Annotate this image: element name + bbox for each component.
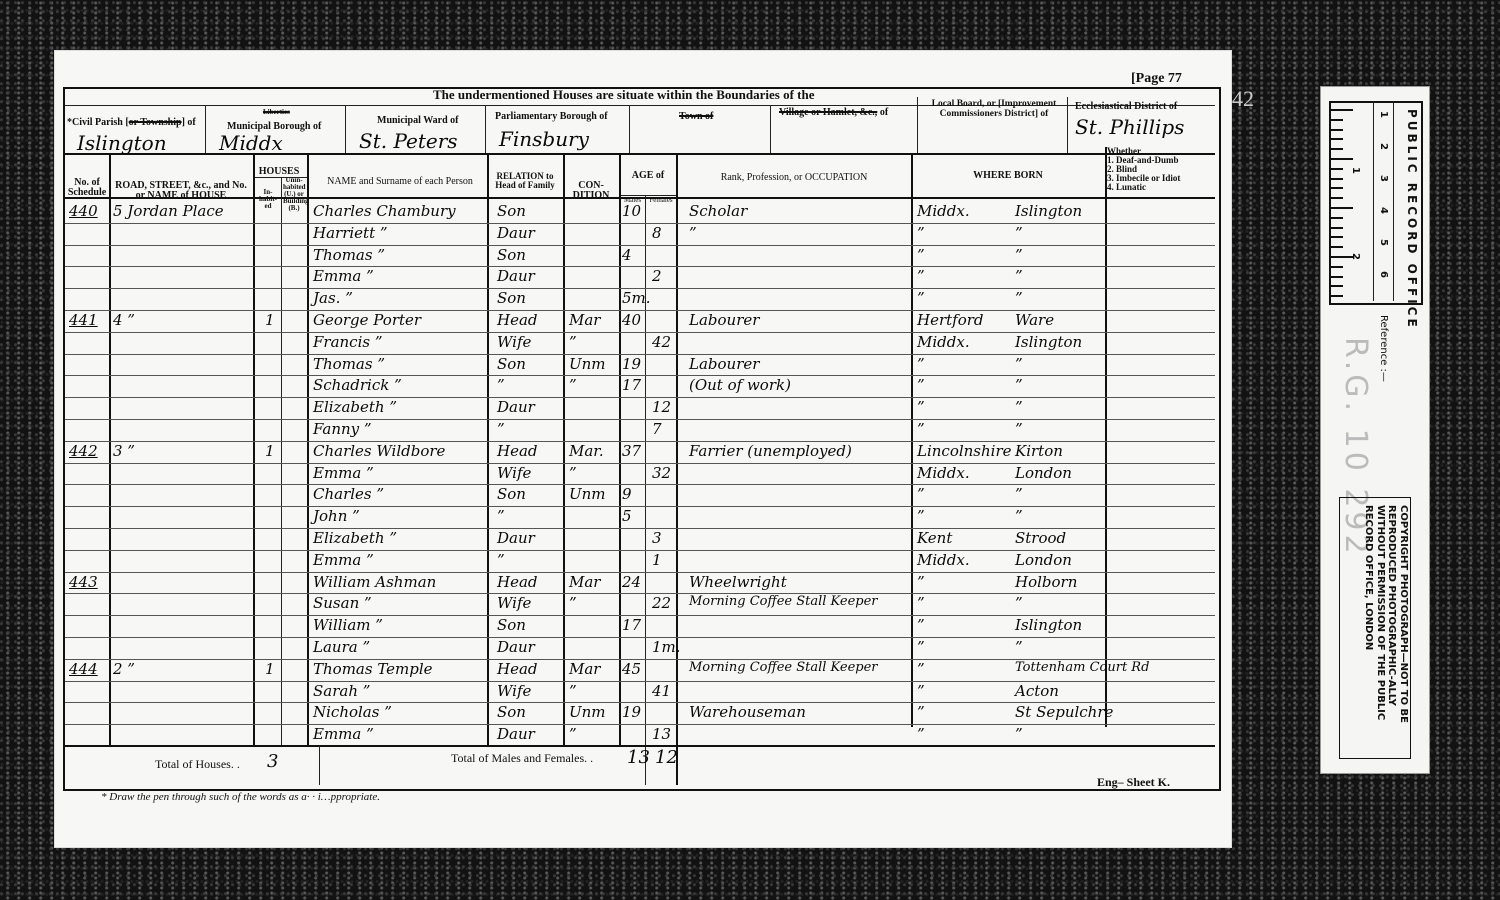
occupation-cell: Morning Coffee Stall Keeper xyxy=(689,594,878,609)
condition-cell: ” xyxy=(569,682,577,700)
name-cell: Thomas Temple xyxy=(313,660,433,678)
relation-cell: ” xyxy=(497,551,505,569)
born-county-cell: Middx. xyxy=(917,464,970,482)
total-males: 13 xyxy=(627,747,650,768)
male-age-cell: 5 xyxy=(622,507,632,525)
occupation-cell: Labourer xyxy=(689,355,759,373)
ruler-cm-label: 4 xyxy=(1378,207,1389,214)
road-cell: 2 ” xyxy=(113,660,135,678)
female-age-cell: 8 xyxy=(652,224,662,242)
ruler-tick xyxy=(1331,295,1343,297)
row-rule xyxy=(65,506,1215,507)
col-occupation: Rank, Profession, or OCCUPATION xyxy=(679,173,909,183)
male-age-cell: 10 xyxy=(622,202,641,220)
total-females: 12 xyxy=(655,747,678,768)
relation-cell: Head xyxy=(497,660,538,678)
col-uninhabited: Unin-habited (U.) or Building (B.) xyxy=(283,177,305,212)
female-age-cell: 2 xyxy=(652,267,662,285)
ecclesiastical-district-value: St. Phillips xyxy=(1075,115,1184,139)
row-rule xyxy=(65,397,1215,398)
condition-cell: Unm xyxy=(569,485,606,503)
name-cell: Emma ” xyxy=(313,725,374,743)
born-county-cell: ” xyxy=(917,355,925,373)
name-cell: Laura ” xyxy=(313,638,370,656)
schedule-cell: 441 xyxy=(69,311,98,329)
condition-cell: Mar xyxy=(569,311,600,329)
name-cell: Charles ” xyxy=(313,485,384,503)
male-age-cell: 9 xyxy=(622,485,632,503)
born-county-cell: ” xyxy=(917,660,925,678)
name-cell: John ” xyxy=(313,507,360,525)
inhabited-cell: 1 xyxy=(265,311,275,329)
born-place-cell: Strood xyxy=(1015,529,1066,547)
footnote: * Draw the pen through such of the words… xyxy=(101,791,380,803)
relation-cell: Daur xyxy=(497,224,535,242)
relation-cell: Wife xyxy=(497,333,531,351)
born-place-cell: St Sepulchre xyxy=(1015,703,1113,721)
name-cell: Elizabeth ” xyxy=(313,398,397,416)
female-age-cell: 1m. xyxy=(652,638,681,656)
relation-cell: Son xyxy=(497,246,526,264)
corner-mark: 42 xyxy=(1232,86,1254,112)
born-place-cell: London xyxy=(1015,464,1072,482)
ruler-tick xyxy=(1331,276,1343,278)
male-age-cell: 24 xyxy=(622,573,641,591)
col-where-born: WHERE BORN xyxy=(913,171,1103,181)
page-number: [Page 77 xyxy=(1131,71,1182,87)
ruler-tick xyxy=(1331,236,1343,238)
relation-cell: Head xyxy=(497,311,538,329)
born-place-cell: Islington xyxy=(1015,616,1082,634)
relation-cell: Wife xyxy=(497,594,531,612)
born-place-cell: London xyxy=(1015,551,1072,569)
name-cell: Francis ” xyxy=(313,333,383,351)
road-cell: 4 ” xyxy=(113,311,135,329)
born-place-cell: ” xyxy=(1015,507,1023,525)
condition-cell: ” xyxy=(569,333,577,351)
road-cell: 3 ” xyxy=(113,442,135,460)
col-age: AGE of xyxy=(621,171,675,181)
born-place-cell: ” xyxy=(1015,376,1023,394)
occupation-cell: Scholar xyxy=(689,202,747,220)
ruler-cm-label: 6 xyxy=(1378,271,1389,278)
ruler-inch-label: 1 xyxy=(1350,167,1361,174)
name-cell: Susan ” xyxy=(313,594,372,612)
name-cell: George Porter xyxy=(313,311,421,329)
local-board-label: Local Board, or [Improvement Commissione… xyxy=(921,99,1067,119)
female-age-cell: 13 xyxy=(652,725,671,743)
col-relation: RELATION to Head of Family xyxy=(489,172,561,190)
name-cell: Emma ” xyxy=(313,267,374,285)
male-age-cell: 19 xyxy=(622,355,641,373)
ruler-tick xyxy=(1331,158,1353,160)
parliamentary-borough-label: Parliamentary Borough of xyxy=(495,111,608,122)
copyright-notice: COPYRIGHT PHOTOGRAPH—NOT TO BE REPRODUCE… xyxy=(1363,505,1409,753)
row-rule xyxy=(65,245,1215,246)
born-county-cell: ” xyxy=(917,267,925,285)
inhabited-cell: 1 xyxy=(265,442,275,460)
born-place-cell: Acton xyxy=(1015,682,1059,700)
col-inhabited: In-habit-ed xyxy=(257,189,279,210)
name-cell: Thomas ” xyxy=(313,355,385,373)
occupation-cell: Labourer xyxy=(689,311,759,329)
relation-cell: Son xyxy=(497,289,526,307)
female-age-cell: 32 xyxy=(652,464,671,482)
born-county-cell: ” xyxy=(917,594,925,612)
ruler-cm-label: 1 xyxy=(1378,111,1389,118)
relation-cell: Son xyxy=(497,616,526,634)
village-label: Village or Hamlet, &c., of xyxy=(779,107,888,118)
row-rule xyxy=(65,593,1215,594)
schedule-cell: 443 xyxy=(69,573,98,591)
born-place-cell: ” xyxy=(1015,267,1023,285)
male-age-cell: 45 xyxy=(622,660,641,678)
condition-cell: Unm xyxy=(569,355,606,373)
row-rule xyxy=(65,637,1215,638)
civil-parish-label: *Civil Parish [or Township] of xyxy=(67,117,196,128)
condition-cell: ” xyxy=(569,725,577,743)
col-infirmity: Whether 1. Deaf-and-Dumb 2. Blind 3. Imb… xyxy=(1107,147,1215,192)
name-cell: William ” xyxy=(313,616,383,634)
female-age-cell: 41 xyxy=(652,682,671,700)
condition-cell: ” xyxy=(569,594,577,612)
civil-parish-value: Islington xyxy=(77,131,167,155)
relation-cell: Wife xyxy=(497,682,531,700)
name-cell: Charles Chambury xyxy=(313,202,456,220)
born-county-cell: ” xyxy=(917,246,925,264)
name-cell: Harriett ” xyxy=(313,224,388,242)
name-cell: Schadrick ” xyxy=(313,376,402,394)
relation-cell: Wife xyxy=(497,464,531,482)
row-rule xyxy=(65,266,1215,267)
female-age-cell: 42 xyxy=(652,333,671,351)
page-title: The undermentioned Houses are situate wi… xyxy=(433,87,814,103)
ruler-tick xyxy=(1331,207,1353,209)
municipal-borough-struck: Liberties xyxy=(263,108,290,116)
relation-cell: Daur xyxy=(497,638,535,656)
name-cell: Emma ” xyxy=(313,551,374,569)
born-county-cell: ” xyxy=(917,485,925,503)
condition-cell: Mar xyxy=(569,573,600,591)
archive-strip: PUBLIC RECORD OFFICE 12345612 Reference … xyxy=(1320,86,1430,774)
sheet-label: Eng– Sheet K. xyxy=(1097,775,1170,790)
ruler-cm-label: 2 xyxy=(1378,143,1389,150)
female-age-cell: 7 xyxy=(652,420,662,438)
ruler-tick xyxy=(1331,168,1343,170)
female-age-cell: 3 xyxy=(652,529,662,547)
born-county-cell: ” xyxy=(917,638,925,656)
born-county-cell: Middx. xyxy=(917,333,970,351)
ruler-tick xyxy=(1331,285,1343,287)
relation-cell: Son xyxy=(497,703,526,721)
relation-cell: Son xyxy=(497,485,526,503)
relation-cell: Head xyxy=(497,573,538,591)
ruler-tick xyxy=(1331,138,1343,140)
row-rule xyxy=(65,724,1215,725)
born-place-cell: ” xyxy=(1015,224,1023,242)
name-cell: Thomas ” xyxy=(313,246,385,264)
male-age-cell: 40 xyxy=(622,311,641,329)
born-county-cell: ” xyxy=(917,703,925,721)
ruler-tick xyxy=(1331,227,1343,229)
condition-cell: ” xyxy=(569,376,577,394)
relation-cell: Son xyxy=(497,355,526,373)
born-county-cell: ” xyxy=(917,682,925,700)
col-females: Females xyxy=(647,197,675,204)
parliamentary-borough-value: Finsbury xyxy=(499,127,589,151)
male-age-cell: 17 xyxy=(622,376,641,394)
born-county-cell: ” xyxy=(917,398,925,416)
relation-cell: Head xyxy=(497,442,538,460)
born-place-cell: Kirton xyxy=(1015,442,1063,460)
total-houses-label: Total of Houses. . xyxy=(155,757,240,772)
relation-cell: ” xyxy=(497,507,505,525)
born-county-cell: ” xyxy=(917,420,925,438)
name-cell: Elizabeth ” xyxy=(313,529,397,547)
ruler-tick xyxy=(1331,187,1343,189)
male-age-cell: 17 xyxy=(622,616,641,634)
born-place-cell: ” xyxy=(1015,725,1023,743)
ruler-tick xyxy=(1331,119,1343,121)
born-place-cell: Islington xyxy=(1015,333,1082,351)
born-county-cell: Middx. xyxy=(917,202,970,220)
born-county-cell: ” xyxy=(917,376,925,394)
born-place-cell: ” xyxy=(1015,289,1023,307)
born-county-cell: ” xyxy=(917,725,925,743)
name-cell: William Ashman xyxy=(313,573,436,591)
born-county-cell: Kent xyxy=(917,529,952,547)
relation-cell: Daur xyxy=(497,725,535,743)
municipal-ward-label: Municipal Ward of xyxy=(377,115,459,126)
condition-cell: Mar xyxy=(569,660,600,678)
pro-header: PUBLIC RECORD OFFICE xyxy=(1405,109,1419,330)
row-rule xyxy=(65,223,1215,224)
occupation-cell: Warehouseman xyxy=(689,703,806,721)
condition-cell: Unm xyxy=(569,703,606,721)
occupation-cell: (Out of work) xyxy=(689,376,791,394)
row-rule xyxy=(65,419,1215,420)
col-road: ROAD, STREET, &c., and No. or NAME of HO… xyxy=(111,181,251,201)
occupation-cell: Wheelwright xyxy=(689,573,787,591)
name-cell: Fanny ” xyxy=(313,420,372,438)
col-schedule: No. of Schedule xyxy=(67,178,107,198)
relation-cell: ” xyxy=(497,376,505,394)
ruler-cm-label: 5 xyxy=(1378,239,1389,246)
schedule-cell: 444 xyxy=(69,660,98,678)
municipal-ward-value: St. Peters xyxy=(359,129,458,153)
inhabited-cell: 1 xyxy=(265,660,275,678)
relation-cell: Daur xyxy=(497,267,535,285)
name-cell: Sarah ” xyxy=(313,682,370,700)
born-place-cell: ” xyxy=(1015,355,1023,373)
row-rule xyxy=(65,484,1215,485)
ruler-tick xyxy=(1331,197,1343,199)
born-county-cell: Middx. xyxy=(917,551,970,569)
name-cell: Nicholas ” xyxy=(313,703,392,721)
male-age-cell: 19 xyxy=(622,703,641,721)
col-condition: CON-DITION xyxy=(565,181,617,201)
ruler-tick xyxy=(1331,246,1343,248)
born-place-cell: ” xyxy=(1015,398,1023,416)
name-cell: Emma ” xyxy=(313,464,374,482)
col-name: NAME and Surname of each Person xyxy=(315,177,485,187)
condition-cell: Mar. xyxy=(569,442,604,460)
born-county-cell: ” xyxy=(917,224,925,242)
born-county-cell: ” xyxy=(917,289,925,307)
born-county-cell: ” xyxy=(917,616,925,634)
road-cell: 5 Jordan Place xyxy=(113,202,224,220)
total-persons-label: Total of Males and Females. . xyxy=(451,751,593,766)
reference-label: Reference :— xyxy=(1378,315,1389,382)
ruler-inch-label: 2 xyxy=(1350,253,1361,260)
female-age-cell: 12 xyxy=(652,398,671,416)
relation-cell: Son xyxy=(497,202,526,220)
relation-cell: ” xyxy=(497,420,505,438)
born-place-cell: ” xyxy=(1015,420,1023,438)
occupation-cell: Morning Coffee Stall Keeper xyxy=(689,660,878,675)
occupation-cell: ” xyxy=(689,224,697,242)
relation-cell: Daur xyxy=(497,398,535,416)
total-houses-value: 3 xyxy=(267,751,278,772)
occupation-cell: Farrier (unemployed) xyxy=(689,442,852,460)
schedule-cell: 442 xyxy=(69,442,98,460)
female-age-cell: 22 xyxy=(652,594,671,612)
born-place-cell: Ware xyxy=(1015,311,1054,329)
ecclesiastical-district-label: Ecclesiastical District of xyxy=(1075,101,1177,112)
born-place-cell: Tottenham Court Rd xyxy=(1015,660,1149,675)
born-county-cell: Lincolnshire xyxy=(917,442,1012,460)
relation-cell: Daur xyxy=(497,529,535,547)
male-age-cell: 37 xyxy=(622,442,641,460)
male-age-cell: 4 xyxy=(622,246,632,264)
ruler-tick xyxy=(1331,217,1343,219)
name-cell: Charles Wildbore xyxy=(313,442,445,460)
born-county-cell: ” xyxy=(917,507,925,525)
born-place-cell: ” xyxy=(1015,638,1023,656)
ruler-tick xyxy=(1331,129,1343,131)
schedule-cell: 440 xyxy=(69,202,98,220)
name-cell: Jas. ” xyxy=(313,289,353,307)
born-place-cell: Holborn xyxy=(1015,573,1077,591)
municipal-borough-value: Middx xyxy=(219,131,283,155)
female-age-cell: 1 xyxy=(652,551,662,569)
born-place-cell: Islington xyxy=(1015,202,1082,220)
ruler-tick xyxy=(1331,178,1343,180)
born-place-cell: ” xyxy=(1015,246,1023,264)
condition-cell: ” xyxy=(569,464,577,482)
ruler-tick xyxy=(1331,109,1353,111)
ruler-tick xyxy=(1331,266,1343,268)
male-age-cell: 5m. xyxy=(622,289,651,307)
born-place-cell: ” xyxy=(1015,485,1023,503)
census-page: The undermentioned Houses are situate wi… xyxy=(54,50,1232,848)
born-place-cell: ” xyxy=(1015,594,1023,612)
born-county-cell: Hertford xyxy=(917,311,984,329)
born-county-cell: ” xyxy=(917,573,925,591)
town-label: Town of xyxy=(679,111,713,122)
ruler-cm-label: 3 xyxy=(1378,175,1389,182)
ruler-tick xyxy=(1331,148,1343,150)
